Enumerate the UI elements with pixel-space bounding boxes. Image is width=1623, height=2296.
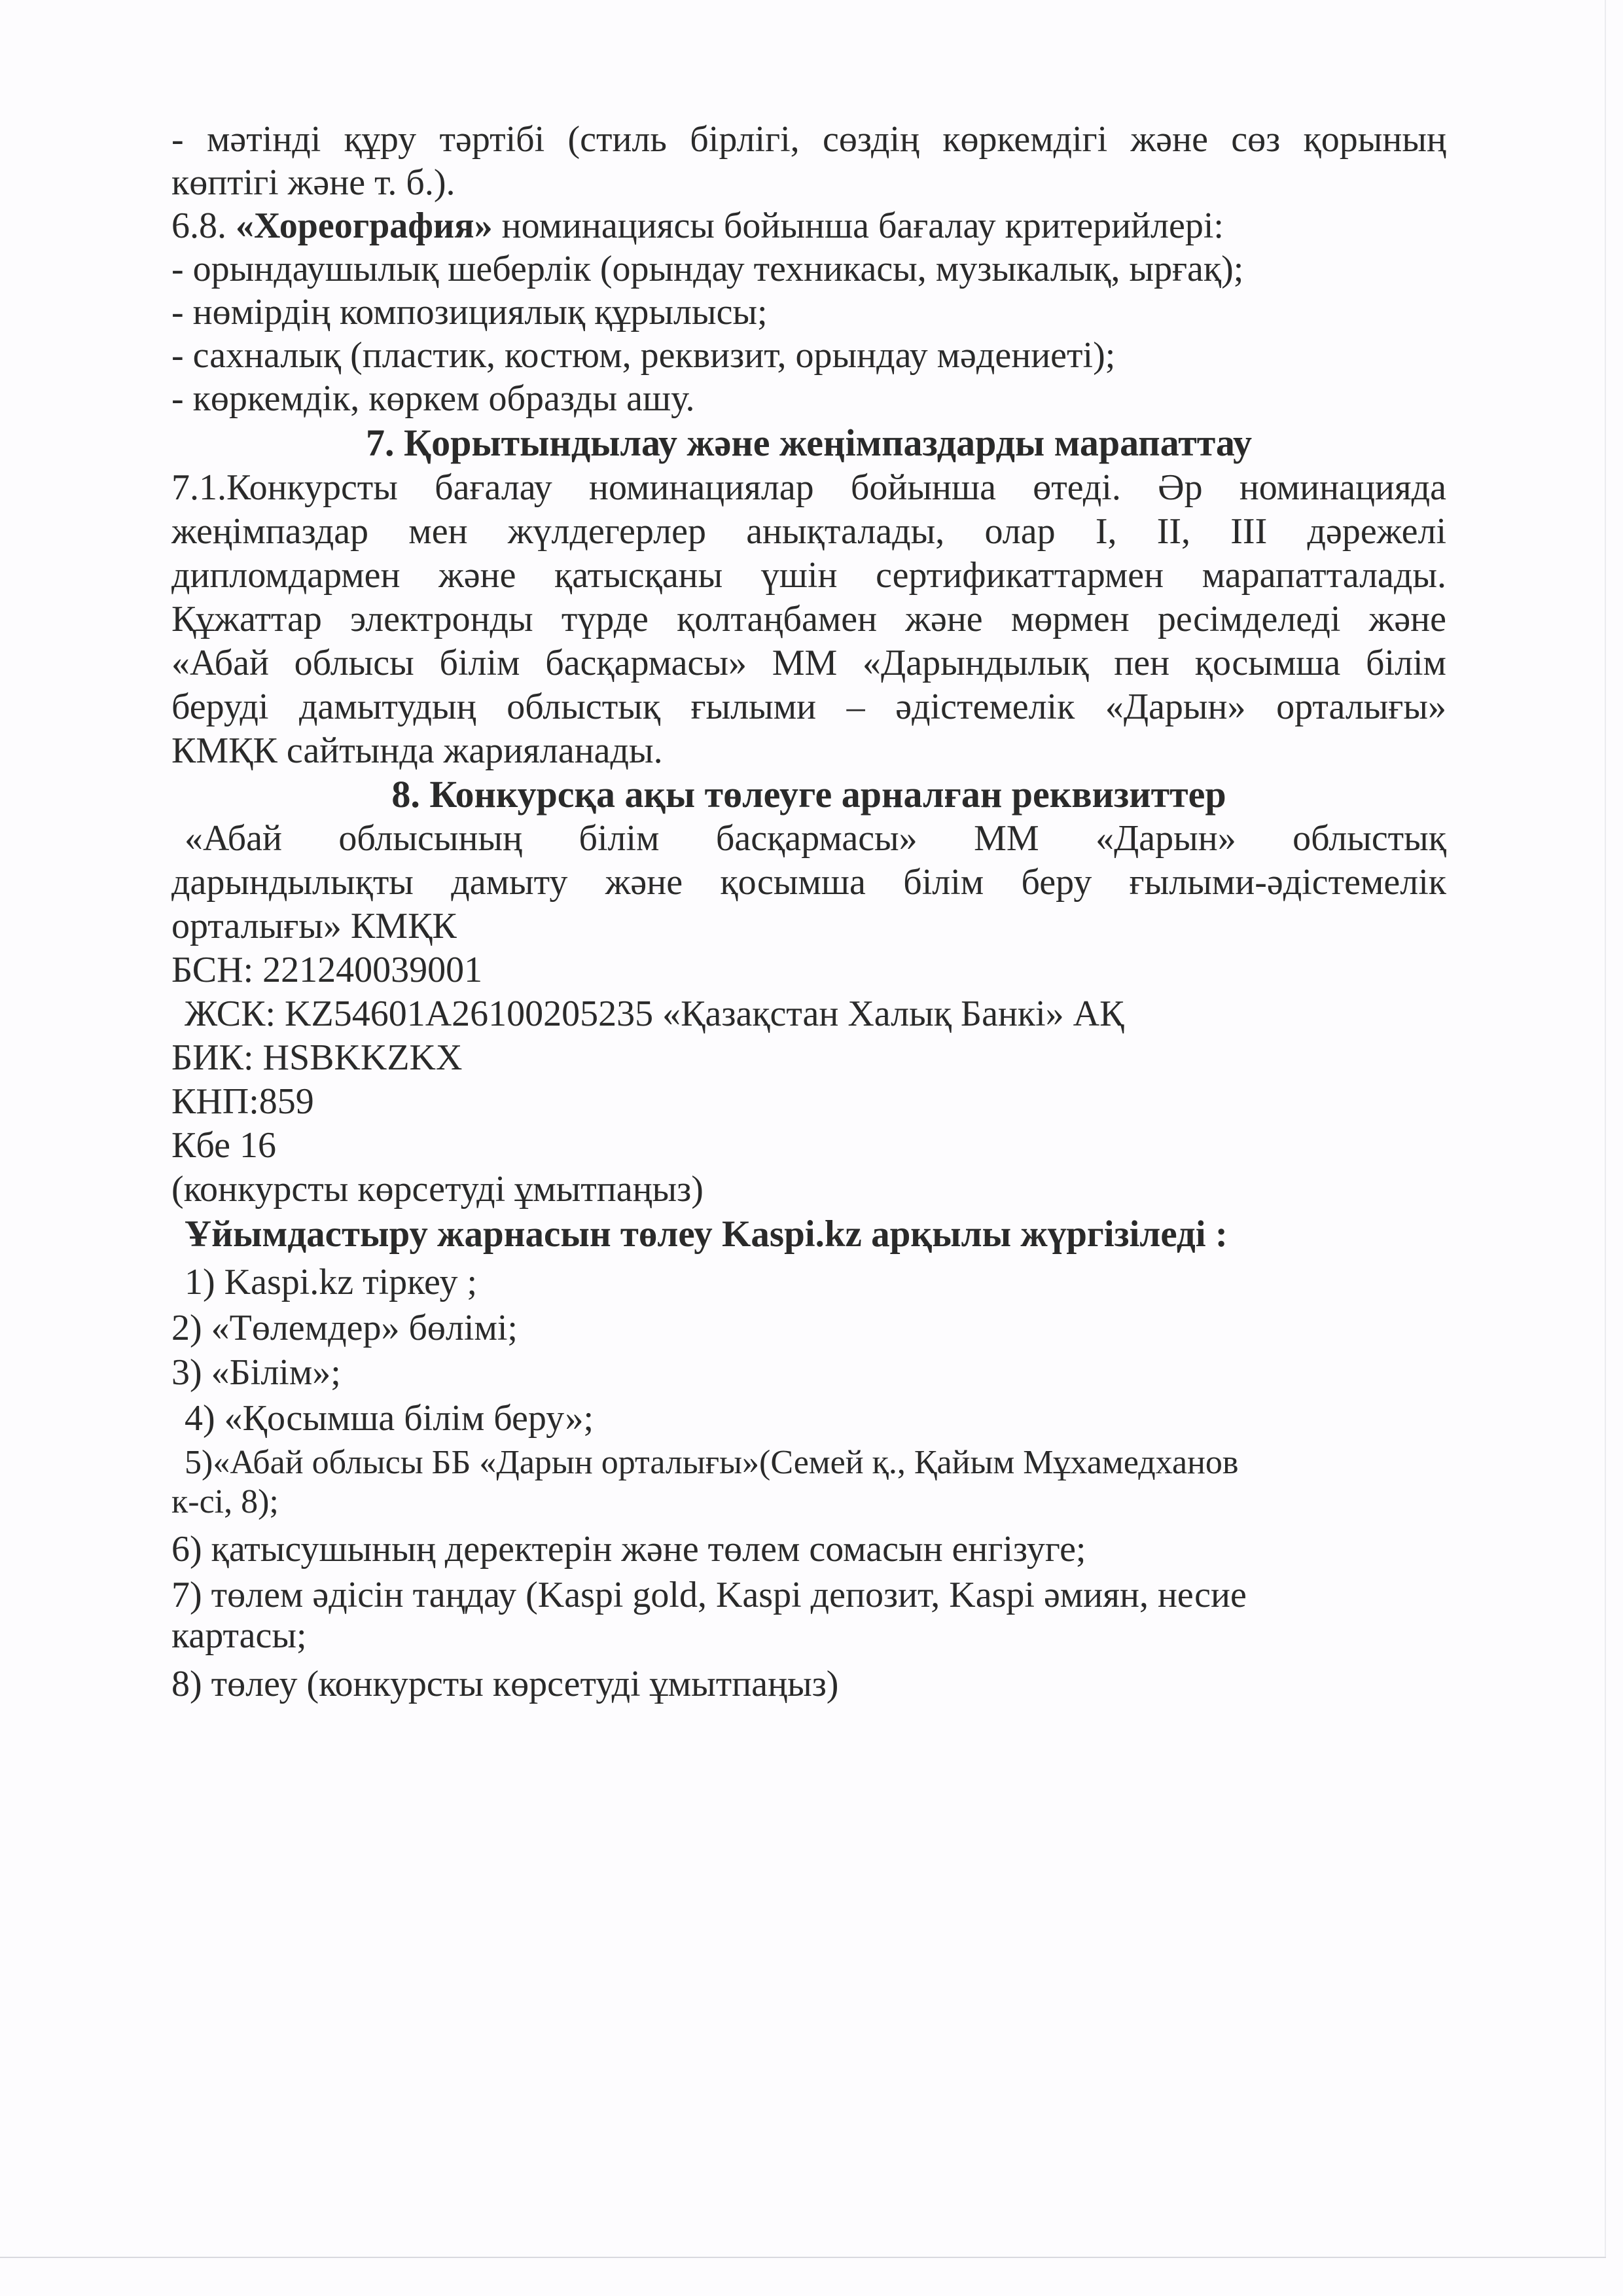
- section-7-paragraph-line: 7.1.Конкурсты бағалау номинациялар бойын…: [171, 466, 1446, 509]
- scan-edge-bottom: [0, 2257, 1606, 2258]
- document-page: - мәтінді құру тәртібі (стиль бірлігі, с…: [0, 0, 1623, 2296]
- bsn-value: БСН: 221240039001: [171, 948, 1446, 992]
- criterion-item: - нөмірдің композициялық құрылысы;: [171, 291, 1446, 334]
- section-7-paragraph-line: «Абай облысы білім басқармасы» ММ «Дарын…: [171, 641, 1446, 685]
- kbe-value: Кбе 16: [171, 1124, 1446, 1167]
- section-8-heading: 8. Конкурсқа ақы төлеуге арналған реквиз…: [171, 773, 1446, 816]
- knp-value: КНП:859: [171, 1080, 1446, 1123]
- item-6-8-text: номинациясы бойынша бағалау критерийлері…: [493, 206, 1224, 246]
- kaspi-step-continued: к-сі, 8);: [171, 1480, 1446, 1524]
- criterion-item: - көркемдік, көркем образды ашу.: [171, 377, 1446, 420]
- section-7-heading: 7. Қорытындылау және жеңімпаздарды марап…: [171, 422, 1446, 465]
- criteria-line-continued: - мәтінді құру тәртібі (стиль бірлігі, с…: [171, 118, 1446, 161]
- section-7-paragraph-line: беруді дамытудың облыстық ғылыми – әдіст…: [171, 685, 1446, 728]
- kaspi-heading: Ұйымдастыру жарнасын төлеу Kaspi.kz арқы…: [185, 1213, 1446, 1256]
- section-7-paragraph-line: Құжаттар электронды түрде қолтаңбамен жә…: [171, 598, 1446, 641]
- iban-value: ЖСК: KZ54601A26100205235 «Қазақстан Халы…: [185, 992, 1446, 1035]
- criterion-item: - орындаушылық шеберлік (орындау техника…: [171, 247, 1446, 291]
- item-6-8-nomination: «Хореография»: [236, 206, 493, 246]
- kaspi-step: 3) «Білім»;: [171, 1351, 1446, 1394]
- scan-edge-right: [1605, 0, 1606, 2258]
- item-6-8: 6.8. «Хореография» номинациясы бойынша б…: [171, 204, 1446, 247]
- section-7-paragraph-line: КМҚК сайтында жарияланады.: [171, 729, 1446, 772]
- kaspi-step: 6) қатысушының деректерін және төлем сом…: [171, 1528, 1446, 1571]
- kaspi-step: 2) «Төлемдер» бөлімі;: [171, 1306, 1446, 1350]
- org-name-line: «Абай облысының білім басқармасы» ММ «Да…: [185, 817, 1446, 860]
- kaspi-step: 5)«Абай облысы ББ «Дарын орталығы»(Семей…: [185, 1441, 1446, 1484]
- kaspi-step: 4) «Қосымша білім беру»;: [185, 1397, 1446, 1440]
- section-7-paragraph-line: дипломдармен және қатысқаны үшін сертифи…: [171, 554, 1446, 597]
- org-name-line: дарындылықты дамыту және қосымша білім б…: [171, 861, 1446, 904]
- item-6-8-prefix: 6.8.: [171, 206, 236, 246]
- bik-value: БИК: HSBKKZKX: [171, 1036, 1446, 1079]
- criteria-line-end: көптігі және т. б.).: [171, 161, 1446, 204]
- criterion-item: - сахналық (пластик, костюм, реквизит, о…: [171, 334, 1446, 377]
- kaspi-step-continued: картасы;: [171, 1614, 1446, 1657]
- kaspi-step: 1) Kaspi.kz тіркеу ;: [185, 1261, 1446, 1304]
- kaspi-step: 8) төлеу (конкурсты көрсетуді ұмытпаңыз): [171, 1662, 1446, 1706]
- org-name-line: орталығы» КМҚК: [171, 905, 1446, 948]
- kaspi-step: 7) төлем әдісін таңдау (Kaspi gold, Kasp…: [171, 1573, 1446, 1617]
- section-7-paragraph-line: жеңімпаздар мен жүлдегерлер анықталады, …: [171, 510, 1446, 553]
- payment-note: (конкурсты көрсетуді ұмытпаңыз): [171, 1168, 1446, 1211]
